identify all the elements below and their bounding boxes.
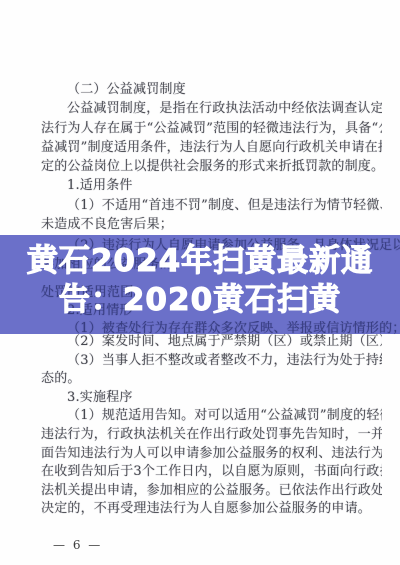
doc-line: （1）规范适用告知。对可以适用“公益减罚”制度的轻微 xyxy=(41,407,382,426)
doc-line: 益减罚”制度适用条件，违法行为人自愿向行政机关申请在指 xyxy=(41,138,382,157)
document-page: （二）公益减罚制度公益减罚制度，是指在行政执法活动中经依法调查认定违法行为人存在… xyxy=(0,0,400,565)
doc-line: （2）案发时间、地点属于严禁期（区）或禁止期（区）的； xyxy=(41,333,382,352)
banner-title: 黄石2024年扫黄最新通 告：2020黄石扫黄 xyxy=(0,242,400,320)
doc-line: 决定的，不再受理违法行为人自愿参加公益服务的申请。 xyxy=(41,500,382,519)
overlay-banner: （2）违法行为人自愿申请参加公益服务，且身体状况足以参加相应的公益服务的；处罚的… xyxy=(0,235,400,334)
doc-line: 态的。 xyxy=(41,370,382,389)
doc-line: 法行为人存在属于“公益减罚”范围的轻微违法行为，具备“公 xyxy=(41,119,382,138)
doc-line: 未造成不良危害后果； xyxy=(41,215,382,234)
doc-line: 违法行为，行政执法机关在作出行政处罚事先告知时，一并书 xyxy=(41,426,382,445)
doc-line: （二）公益减罚制度 xyxy=(41,80,382,99)
document-text-top: （二）公益减罚制度公益减罚制度，是指在行政执法活动中经依法调查认定违法行为人存在… xyxy=(41,80,382,234)
doc-line: 定的公益岗位上以提供社会服务的形式来折抵罚款的制度。 xyxy=(41,157,382,176)
doc-line: 在收到告知后于3个工作日内，以自愿为原则，书面向行政执 xyxy=(41,463,382,482)
banner-title-line-1: 黄石2024年扫黄最新通 xyxy=(0,242,400,281)
banner-title-line-2: 告：2020黄石扫黄 xyxy=(0,281,400,320)
doc-line: 3.实施程序 xyxy=(41,389,382,408)
page-number: — 6 — xyxy=(53,538,102,552)
doc-line: 1.适用条件 xyxy=(41,176,382,195)
doc-line: 面告知违法行为人可以申请参加公益服务的权利、违法行为人 xyxy=(41,445,382,464)
doc-line: 公益减罚制度，是指在行政执法活动中经依法调查认定违 xyxy=(41,99,382,118)
doc-line: 法机关提出申请，参加相应的公益服务。已依法作出行政处罚 xyxy=(41,482,382,501)
document-text-bottom: （2）案发时间、地点属于严禁期（区）或禁止期（区）的；（3）当事人拒不整改或者整… xyxy=(41,333,382,519)
doc-line: （3）当事人拒不整改或者整改不力，违法行为处于持续状 xyxy=(41,352,382,371)
doc-line: （1）不适用“首违不罚”制度、但是违法行为情节轻微、 xyxy=(41,196,382,215)
